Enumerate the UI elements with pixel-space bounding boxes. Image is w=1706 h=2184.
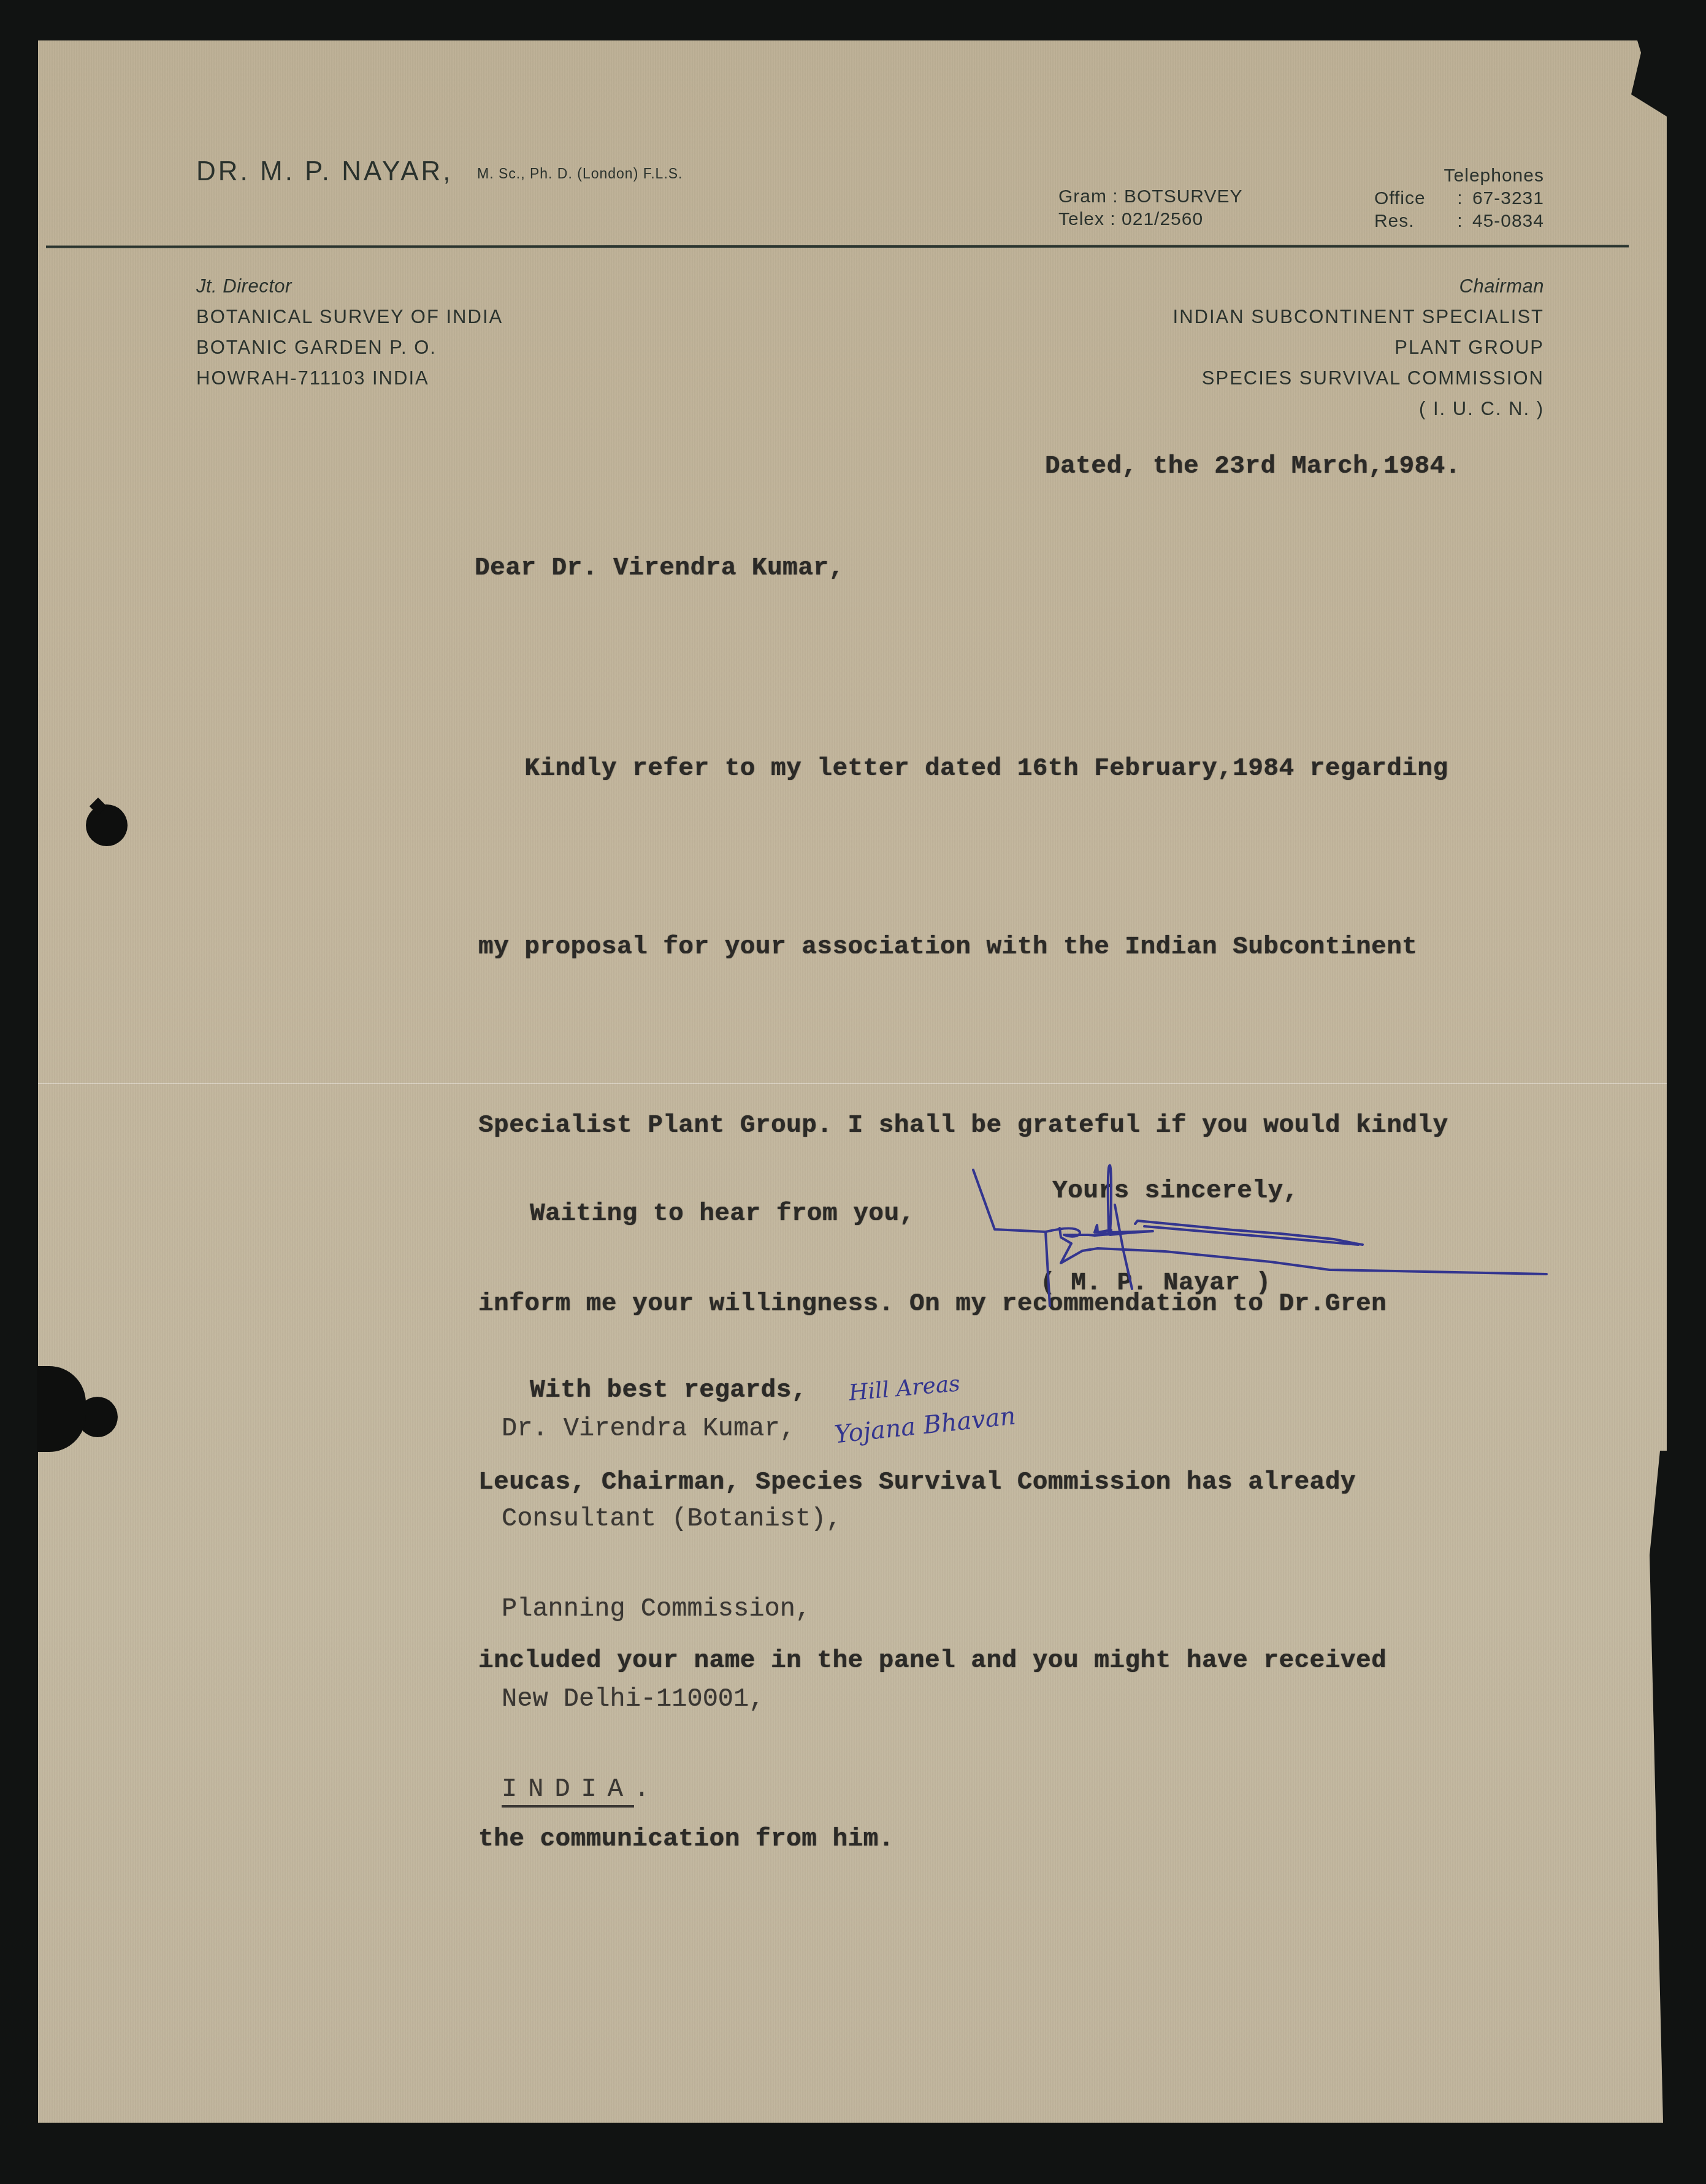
punch-hole-upper: [86, 804, 128, 846]
office-phone: 67-3231: [1472, 187, 1544, 210]
org-line: ( I. U. C. N. ): [1173, 394, 1544, 424]
org-line: PLANT GROUP: [1173, 332, 1544, 363]
recipient-line: Consultant (Botanist),: [502, 1504, 842, 1534]
chairman-block: Chairman INDIAN SUBCONTINENT SPECIALIST …: [1173, 271, 1544, 424]
telephones-block: Telephones Office : 67-3231 Res. : 45-08…: [1374, 164, 1544, 232]
chairman-title: Chairman: [1173, 271, 1544, 302]
address-line: HOWRAH-711103 INDIA: [196, 363, 503, 394]
office-phone-row: Office : 67-3231: [1374, 187, 1544, 210]
sender-title: Jt. Director: [196, 271, 503, 302]
telex-line: Telex : 021/2560: [1058, 208, 1243, 231]
sender-qualifications: M. Sc., Ph. D. (London) F.L.S.: [477, 167, 683, 181]
recipient-country-line: INDIA.: [502, 1774, 842, 1804]
org-line: SPECIES SURVIVAL COMMISSION: [1173, 363, 1544, 394]
sender-name: DR. M. P. NAYAR,: [196, 158, 453, 185]
typed-signatory-name: ( M. P. Nayar ): [1040, 1269, 1271, 1297]
address-line: BOTANICAL SURVEY OF INDIA: [196, 302, 503, 332]
res-label: Res.: [1374, 210, 1448, 232]
recipient-country: INDIA: [502, 1774, 634, 1808]
res-phone-row: Res. : 45-0834: [1374, 210, 1544, 232]
recipient-line: Dr. Virendra Kumar,: [502, 1414, 842, 1444]
sender-address-block: Jt. Director BOTANICAL SURVEY OF INDIA B…: [196, 271, 503, 394]
recipient-line: New Delhi-110001,: [502, 1684, 842, 1714]
closing-line: Waiting to hear from you,: [530, 1185, 915, 1243]
office-label: Office: [1374, 187, 1448, 210]
recipient-address: Dr. Virendra Kumar, Consultant (Botanist…: [502, 1354, 842, 1835]
separator: :: [1448, 210, 1472, 232]
salutation: Dear Dr. Virendra Kumar,: [475, 554, 844, 582]
res-phone: 45-0834: [1472, 210, 1544, 232]
telephones-heading: Telephones: [1374, 164, 1544, 187]
gram-line: Gram : BOTSURVEY: [1058, 185, 1243, 208]
sign-off: Yours sincerely,: [1052, 1177, 1299, 1205]
recipient-line: Planning Commission,: [502, 1594, 842, 1624]
body-line: Kindly refer to my letter dated 16th Feb…: [478, 739, 1448, 799]
gram-telex-block: Gram : BOTSURVEY Telex : 021/2560: [1058, 185, 1243, 231]
separator: :: [1448, 187, 1472, 210]
letter-date: Dated, the 23rd March,1984.: [1045, 452, 1461, 481]
address-line: BOTANIC GARDEN P. O.: [196, 332, 503, 363]
country-period: .: [634, 1774, 649, 1804]
org-line: INDIAN SUBCONTINENT SPECIALIST: [1173, 302, 1544, 332]
body-line: my proposal for your association with th…: [478, 918, 1448, 977]
